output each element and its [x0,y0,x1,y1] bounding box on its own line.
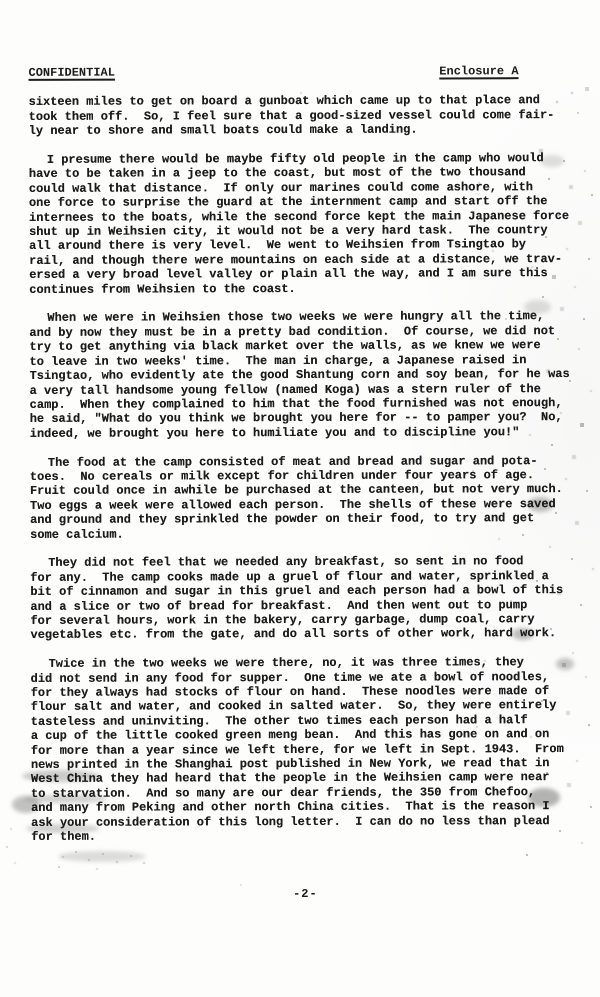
page-number: -2- [293,887,318,901]
page-header: CONFIDENTIAL Enclosure A [28,64,576,80]
paragraph-gunboat: sixteen miles to get on board a gunboat … [29,93,577,138]
enclosure-label: Enclosure A [439,64,518,79]
paragraph-breakfast: They did not feel that we needed any bre… [30,554,578,642]
letter-content: CONFIDENTIAL Enclosure A sixteen miles t… [0,0,600,997]
paragraph-camp-food: The food at the camp consisted of meat a… [30,453,578,541]
classification-label: CONFIDENTIAL [28,66,114,81]
page-footer: -2- [31,886,579,902]
document-page: CONFIDENTIAL Enclosure A sixteen miles t… [0,0,600,997]
letter-body: sixteen miles to get on board a gunboat … [29,93,580,844]
paragraph-rescue-plan: I presume there would be maybe fifty old… [29,151,577,297]
paragraph-camp-ruler: When we were in Weihsien those two weeks… [29,309,577,441]
paragraph-starvation: Twice in the two weeks we were there, no… [31,655,580,844]
